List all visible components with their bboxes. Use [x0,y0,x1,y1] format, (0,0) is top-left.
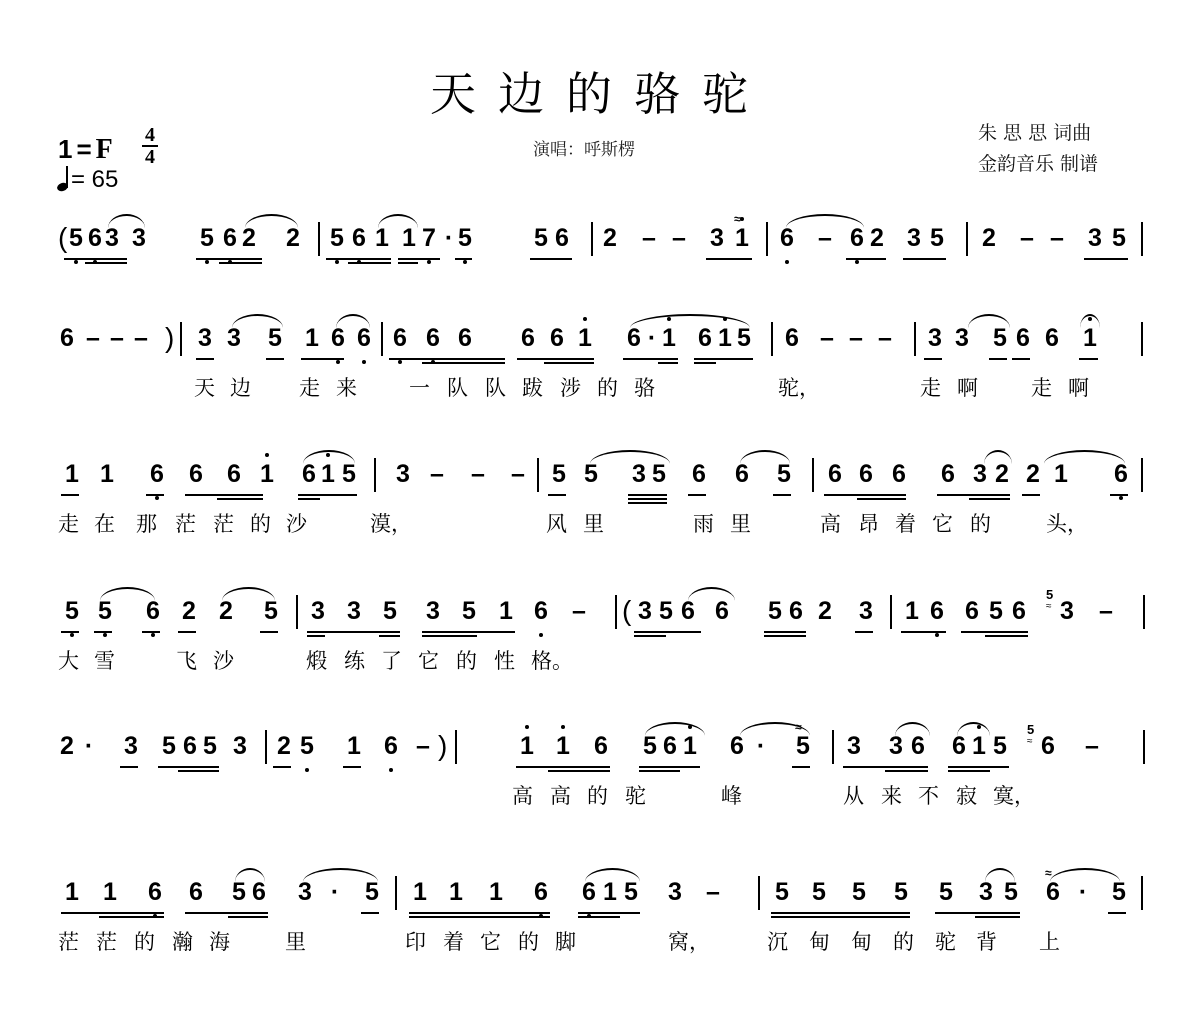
slur-arc [378,214,418,228]
slur-arc [303,868,378,882]
duration-underline [348,262,391,264]
duration-underline [120,766,138,768]
mordent-icon: ≈ [734,212,739,226]
duration-underline [885,766,928,768]
note: 6 [553,224,571,253]
note: 2 [868,224,886,253]
note: 2 [284,224,302,253]
note: 5 [262,597,280,626]
duration-underline [379,635,400,637]
note: 5 [266,324,284,353]
lyric-syllable: 茫 [58,926,79,956]
note: 6 [713,597,731,626]
slur-arc [336,314,370,328]
note: 6 [909,732,927,761]
note: 5 [775,460,793,489]
duration-underline [530,258,572,260]
lyric-syllable: 大 [58,645,79,675]
duration-underline [398,258,440,260]
note: – [509,460,527,489]
note: 6 [939,460,957,489]
bar-line [180,322,182,356]
note: · [80,732,98,761]
note: 1 [319,460,337,489]
lyrics-line [0,268,1200,308]
lyricist-composer: 朱 思 思 词曲 [978,118,1098,149]
lyric-syllable: 的 [134,926,155,956]
lyric-syllable: 一 [409,372,430,402]
note: 6 [928,597,946,626]
low-octave-dot [305,768,309,772]
note: 5 [650,460,668,489]
note: 6 [733,460,751,489]
duration-underline [343,766,361,768]
note: 5 [937,878,955,907]
notation-staff: 1166616153–––5535665666632216 [0,448,1200,508]
note: 3 [196,324,214,353]
lyric-syllable: 高 [512,780,533,810]
duration-underline [903,258,946,260]
low-octave-dot [103,633,107,637]
note: 5 [1110,224,1128,253]
note: 5 [1110,878,1128,907]
slur-arc [222,587,275,601]
note: 5 [991,732,1009,761]
lyric-syllable: 高 [550,780,571,810]
duration-underline [196,358,214,360]
note: 1≈ [733,224,751,253]
note: 6 [548,324,566,353]
note: 3 [971,460,989,489]
note: 5 [735,324,753,353]
note: 1 [63,878,81,907]
note: 6 [519,324,537,353]
note: 5 [340,460,358,489]
lyric-syllable: 的 [587,780,608,810]
lyric-syllable: 走 [920,372,941,402]
lyric-syllable: 从 [843,780,864,810]
lyric-syllable: 上 [1039,926,1060,956]
note: – [670,224,688,253]
duration-underline [455,258,472,260]
low-octave-dot [935,633,939,637]
lyric-syllable: 瀚 [172,926,193,956]
duration-underline [273,766,291,768]
slur-arc [985,868,1015,882]
lyric-syllable: 头， [1046,508,1088,538]
note: 1 [576,324,594,353]
note: 6 [355,324,373,353]
note: 1 [400,224,418,253]
duration-underline [178,770,219,772]
duration-underline [185,494,263,496]
lyric-syllable: 的 [970,508,991,538]
lyric-syllable: 边 [230,372,251,402]
duration-underline [857,498,906,500]
note: 5 [1002,878,1020,907]
duration-underline [544,362,594,364]
duration-underline [64,258,127,260]
slur-arc [303,450,355,464]
note: 6≈ [1044,878,1062,907]
note: – [816,224,834,253]
low-octave-dot [427,260,431,264]
low-octave-dot [74,260,78,264]
note: – [704,878,722,907]
note: 7 [420,224,438,253]
lyric-syllable: 来 [881,780,902,810]
duration-underline [146,494,164,496]
lyric-syllable: 茫 [175,508,196,538]
note: 5 [198,224,216,253]
duration-underline [409,912,550,914]
lyric-syllable: 性 [494,645,515,675]
repeat-parenthesis: ( [622,595,631,627]
lyric-syllable: 走 [299,372,320,402]
note: 1 [373,224,391,253]
note: 6 [950,732,968,761]
bar-line [381,322,383,356]
lyric-syllable: 寂 [956,780,977,810]
note: 6 [890,460,908,489]
bar-line [1141,458,1143,492]
lyric-syllable: 练 [344,645,365,675]
note: 6 [456,324,474,353]
duration-underline [196,258,262,260]
lyric-syllable: 昂 [858,508,879,538]
lyric-syllable: 啊 [957,372,978,402]
note: 3 [394,460,412,489]
lyric-syllable: 骆 [634,372,655,402]
note: 6 [963,597,981,626]
duration-underline [307,635,325,637]
low-octave-dot [785,260,789,264]
note: 5 [328,224,346,253]
high-octave-dot [583,317,587,321]
duration-underline [694,358,753,360]
lyric-syllable: 队 [485,372,506,402]
lyric-syllable: 寞， [993,780,1035,810]
note: 6 [532,878,550,907]
duration-underline [578,916,620,918]
note: 6 [1112,460,1130,489]
duration-underline [298,494,357,496]
note: 6 [783,324,801,353]
note: 3 [231,732,249,761]
duration-underline [422,362,505,364]
low-octave-dot [151,633,155,637]
duration-underline [389,358,505,360]
lyric-syllable: 背 [976,926,997,956]
note: 1 [1081,324,1099,353]
note: · [643,324,661,353]
bar-line [890,595,892,629]
note: 6 [1043,324,1061,353]
note: 1 [554,732,572,761]
lyric-syllable: 着 [443,926,464,956]
duration-underline [658,362,678,364]
duration-underline [937,494,1010,496]
duration-underline [706,258,752,260]
slur-arc [1080,314,1100,328]
grace-note: 5≈ [1027,722,1034,737]
note: 5 [363,878,381,907]
duration-underline [578,912,640,914]
credits: 朱 思 思 词曲 金韵音乐 制谱 [978,118,1098,180]
note: 3 [296,878,314,907]
note: 2 [217,597,235,626]
time-sig-top: 4 [142,126,158,144]
low-octave-dot [398,360,402,364]
lyric-syllable: 高 [820,508,841,538]
note: 6 [86,224,104,253]
slur-arc [740,450,790,464]
note: 1 [660,324,678,353]
duration-underline [824,494,906,496]
note: 6 [250,878,268,907]
note: – [818,324,836,353]
slur-arc [984,450,1012,464]
lyric-syllable: 峰 [721,780,742,810]
bar-line [537,458,539,492]
low-octave-dot [335,260,339,264]
slur-arc [232,314,283,328]
note: 2 [980,224,998,253]
bar-line [914,322,916,356]
key-degree: 1 [58,134,72,164]
duration-underline [634,635,666,637]
lyric-syllable: 驼 [935,926,956,956]
quarter-note-icon [57,165,71,191]
note: 5 [641,732,659,761]
duration-underline [219,262,262,264]
note: 3 [977,878,995,907]
note: 6 [1014,324,1032,353]
note: 6 [728,732,746,761]
bar-line [615,595,617,629]
note: 2 [816,597,834,626]
key-signature: 1=F [58,134,113,166]
slur-arc [585,868,640,882]
lyric-syllable: 雪 [94,645,115,675]
duration-underline [634,631,701,633]
low-octave-dot [362,360,366,364]
duration-underline [85,262,127,264]
note: 5 [991,324,1009,353]
note: 1 [101,878,119,907]
note: 5 [622,878,640,907]
note: 1 [303,324,321,353]
lyric-syllable: 的 [518,926,539,956]
lyric-syllable: 啊 [1068,372,1089,402]
note: 1 [345,732,363,761]
duration-underline [217,498,263,500]
note: 5 [160,732,178,761]
note: 5 [460,597,478,626]
note: 6 [225,460,243,489]
note: 1 [1052,460,1070,489]
note: 6 [532,597,550,626]
note: – [414,732,432,761]
duration-underline [935,912,1020,914]
low-octave-dot [336,360,340,364]
repeat-parenthesis: ( [58,222,67,254]
lyric-syllable: 驼 [625,780,646,810]
duration-underline [969,498,1010,500]
lyric-syllable: 茫 [96,926,117,956]
bar-line [455,730,457,764]
duration-underline [694,362,716,364]
slur-arc [1050,868,1120,882]
note: 3 [130,224,148,253]
note: – [132,324,150,353]
note: 3 [953,324,971,353]
duration-underline [142,631,160,633]
note: 3 [103,224,121,253]
note: 5 [987,597,1005,626]
note: 3 [887,732,905,761]
note: 2 [240,224,258,253]
lyrics-line: 高高的驼峰从来不寂寞， [0,776,1200,816]
song-title: 天边的骆驼 [0,58,1200,124]
notation-staff: 2·356532516–)1165616·5≈33661565≈– [0,720,1200,780]
note: 5 [657,597,675,626]
note: 6 [580,878,598,907]
note: 6 [148,460,166,489]
note: 6 [187,460,205,489]
bar-line [318,222,320,256]
note: 5 [810,878,828,907]
note: 2 [275,732,293,761]
duration-underline [975,916,1020,918]
duration-underline [61,912,164,914]
duration-underline [548,770,610,772]
note: 1 [497,597,515,626]
lyric-syllable: 格。 [531,645,573,675]
duration-underline [298,498,320,500]
slur-arc [235,868,265,882]
note: – [847,324,865,353]
note: 6 [592,732,610,761]
lyric-syllable: 来 [336,372,357,402]
mordent-icon: ≈ [1045,866,1050,880]
duration-underline [422,631,515,633]
duration-underline [961,631,1028,633]
note: 1 [411,878,429,907]
duration-underline [901,631,946,633]
slur-arc [108,214,145,228]
duration-underline [516,766,610,768]
duration-underline [885,770,928,772]
note: 6 [826,460,844,489]
note: 5 [892,878,910,907]
note: 5 [230,878,248,907]
lyric-syllable: 煅 [306,645,327,675]
lyric-syllable: 里 [285,926,306,956]
duration-underline [764,631,806,633]
note: – [1048,224,1066,253]
note: 1 [98,460,116,489]
lyric-syllable: 印 [405,926,426,956]
transcriber: 金韵音乐 制谱 [978,149,1098,180]
note: – [1018,224,1036,253]
note: 1 [518,732,536,761]
duration-underline [773,494,791,496]
duration-underline [771,912,910,914]
lyric-syllable: 飞 [176,645,197,675]
slur-arc [957,722,990,736]
duration-underline [989,358,1007,360]
lyric-syllable: 那 [136,508,157,538]
note: 5 [63,597,81,626]
slur-arc [1044,450,1125,464]
lyric-syllable: 走 [58,508,79,538]
lyric-syllable: 在 [94,508,115,538]
duration-underline [94,631,112,633]
note: · [752,732,770,761]
note: 6 [181,732,199,761]
lyric-syllable: 沉 [767,926,788,956]
note: 5 [381,597,399,626]
note: 1 [258,460,276,489]
lyric-syllable: 里 [730,508,751,538]
note: 5 [928,224,946,253]
note: 6 [382,732,400,761]
key-equals: = [76,134,91,164]
lyric-syllable: 的 [250,508,271,538]
low-octave-dot [1119,496,1123,500]
note: 1 [447,878,465,907]
bar-line [812,458,814,492]
note: 6 [146,878,164,907]
note: 5 [550,460,568,489]
note: – [84,324,102,353]
duration-underline [846,258,886,260]
duration-underline [266,358,284,360]
notation-staff: 1166563·511166153–55555356≈·5 [0,866,1200,926]
lyric-syllable: 风 [546,508,567,538]
tempo-value: = 65 [71,166,118,193]
high-octave-dot [561,725,565,729]
note: 3 [630,460,648,489]
key-note: F [96,134,113,165]
lyric-syllable: 了 [381,645,402,675]
duration-underline [948,770,990,772]
bar-line [591,222,593,256]
duration-underline [764,635,806,637]
duration-underline [628,494,667,496]
lyric-syllable: 窝， [668,926,710,956]
duration-underline [301,358,344,360]
bar-line [771,322,773,356]
low-octave-dot [70,633,74,637]
bar-line [395,876,397,910]
duration-underline [61,631,79,633]
notation-staff: 5562253353516–(356656231665635≈– [0,585,1200,645]
notation-staff: (5633562256117·5562––31≈6–62352––35 [0,212,1200,272]
lyric-syllable: 里 [583,508,604,538]
lyric-syllable: 脚 [555,926,576,956]
note: 6 [848,224,866,253]
note: 6 [1010,597,1028,626]
lyric-syllable: 它 [932,508,953,538]
slur-arc [786,214,864,228]
note: 3 [424,597,442,626]
note: 5 [850,878,868,907]
note: 6 [391,324,409,353]
lyrics-line: 茫茫的瀚海里印着它的脚窝，沉甸甸的驼背上 [0,922,1200,962]
note: 6 [221,224,239,253]
